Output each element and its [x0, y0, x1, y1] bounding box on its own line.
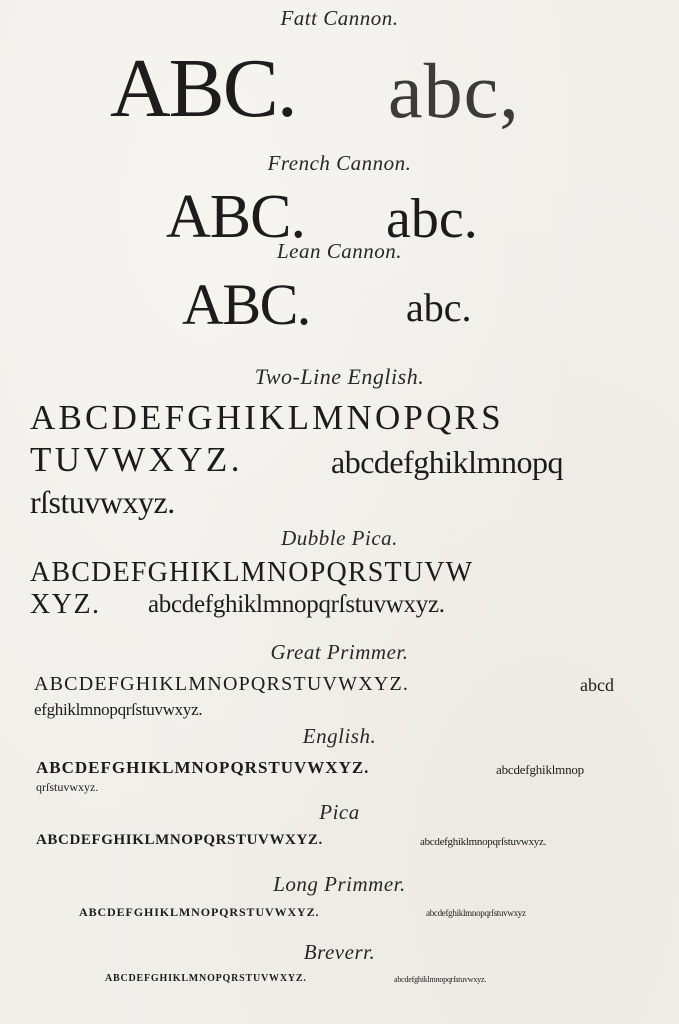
specimen-uppercase: ABCDEFGHIKLMNOPQRSTUVWXYZ. — [34, 673, 409, 696]
specimen-lowercase: abcdefghiklmnopqrſstuvwxyz. — [420, 836, 546, 848]
specimen-lowercase: abcdefghiklmnopqrſstuvwxyz. — [148, 591, 445, 619]
specimen-uppercase: ABC. — [110, 40, 296, 137]
specimen-label: English. — [0, 724, 679, 749]
specimen-lowercase: abcd — [580, 675, 614, 696]
specimen-lowercase: abcdefghiklmnopqrſstuvwxyz. — [394, 975, 486, 984]
specimen-lowercase: abc, — [388, 46, 520, 136]
specimen-lowercase: rſstuvwxyz. — [30, 484, 175, 521]
specimen-uppercase: ABCDEFGHIKLMNOPQRSTUVW — [30, 557, 473, 589]
specimen-page: Fatt Cannon. ABC. abc, French Cannon. AB… — [0, 0, 679, 1024]
specimen-label: Pica — [0, 800, 679, 825]
specimen-uppercase: ABCDEFGHIKLMNOPQRSTUVWXYZ. — [36, 832, 323, 849]
specimen-lowercase: qrſstuvwxyz. — [36, 780, 98, 795]
specimen-label: Dubble Pica. — [0, 526, 679, 551]
specimen-uppercase: ABCDEFGHIKLMNOPQRSTUVWXYZ. — [79, 905, 319, 920]
specimen-label: Long Primmer. — [0, 872, 679, 897]
specimen-lowercase: efghiklmnopqrſstuvwxyz. — [34, 700, 202, 720]
specimen-label: Great Primmer. — [0, 640, 679, 665]
specimen-lowercase: abcdefghiklmnopqrſstuvwxyz — [426, 908, 526, 918]
specimen-label: Two-Line English. — [0, 364, 679, 390]
specimen-lowercase: abcdefghiklmnopq — [331, 444, 563, 481]
specimen-label: Fatt Cannon. — [0, 6, 679, 31]
specimen-uppercase: ABCDEFGHIKLMNOPQRS — [30, 398, 504, 438]
specimen-uppercase: ABCDEFGHIKLMNOPQRSTUVWXYZ. — [36, 758, 369, 778]
specimen-label: Lean Cannon. — [0, 239, 679, 264]
specimen-label: Breverr. — [0, 940, 679, 965]
specimen-uppercase: XYZ. — [30, 589, 101, 621]
specimen-uppercase: ABCDEFGHIKLMNOPQRSTUVWXYZ. — [105, 973, 307, 984]
specimen-lowercase: abcdefghiklmnop — [496, 762, 584, 778]
specimen-uppercase: TUVWXYZ. — [30, 440, 243, 480]
specimen-uppercase: ABC. — [182, 271, 310, 338]
specimen-lowercase: abc. — [406, 284, 472, 331]
specimen-label: French Cannon. — [0, 151, 679, 176]
